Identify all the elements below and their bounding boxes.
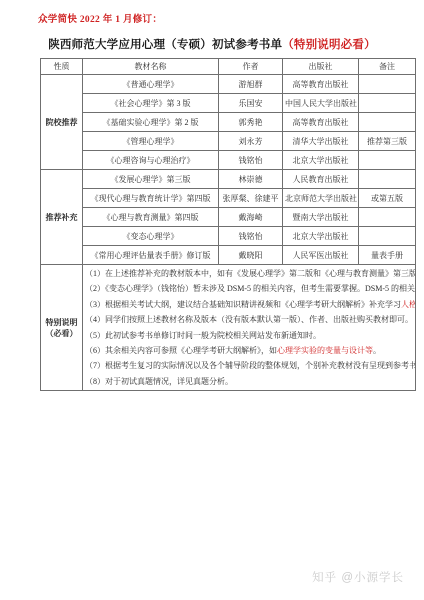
book-title-cell: 《发展心理学》第三版 (83, 170, 219, 189)
author-cell: 乐国安 (219, 94, 283, 113)
author-cell: 张厚粲、徐建平 (219, 189, 283, 208)
remark-cell: 或第五版 (359, 189, 416, 208)
author-cell: 钱铭怡 (219, 227, 283, 246)
note-paragraph-2: （2）《变态心理学》（钱铭怡）暂未涉及 DSM-5 的相关内容，但考生需要掌握。… (85, 281, 413, 296)
publisher-cell: 人民军医出版社 (283, 246, 359, 265)
table-row: 《心理咨询与心理治疗》 钱铭怡 北京大学出版社 (41, 151, 416, 170)
table-header-row: 性质 教材名称 作者 出版社 备注 (41, 59, 416, 75)
book-title-cell: 《现代心理与教育统计学》第四版 (83, 189, 219, 208)
zhihu-watermark: 知乎 @小源学长 (312, 569, 404, 585)
note-paragraph-3: （3）根据相关考试大纲，建议结合基础知识精讲视频和《心理学考研大纲解析》补充学习… (85, 297, 413, 312)
remark-cell (359, 94, 416, 113)
table-row: 《心理与教育测量》第四版 戴海崎 暨南大学出版社 (41, 208, 416, 227)
publisher-cell: 暨南大学出版社 (283, 208, 359, 227)
publisher-cell: 中国人民大学出版社 (283, 94, 359, 113)
table-row: 院校推荐 《普通心理学》 游旭群 高等教育出版社 (41, 75, 416, 94)
author-cell: 游旭群 (219, 75, 283, 94)
col-header-author: 作者 (219, 59, 283, 75)
remark-cell: 量表手册 (359, 246, 416, 265)
col-header-remark: 备注 (359, 59, 416, 75)
remark-cell (359, 113, 416, 132)
page-title-main: 陕西师范大学应用心理（专硕）初试参考书单 (48, 39, 282, 51)
table-row: 《管理心理学》 刘永芳 清华大学出版社 推荐第三版 (41, 132, 416, 151)
publisher-cell: 人民教育出版社 (283, 170, 359, 189)
section-label-college-recommended: 院校推荐 (41, 75, 83, 170)
remark-cell (359, 151, 416, 170)
publisher-cell: 北京大学出版社 (283, 151, 359, 170)
revision-note: 众学简快 2022 年 1 月修订： (38, 11, 162, 25)
note-paragraph-4: （4）同学们按照上述教材名称及版本（没有版本默认第一版）、作者、出版社购买教材即… (85, 312, 413, 327)
book-title-cell: 《管理心理学》 (83, 132, 219, 151)
remark-cell-recommend-third-edition: 推荐第三版 (359, 132, 416, 151)
table-row: 《基础实验心理学》第 2 版 郭秀艳 高等教育出版社 (41, 113, 416, 132)
document-page: 众学简快 2022 年 1 月修订： 陕西师范大学应用心理（专硕）初试参考书单（… (0, 0, 424, 600)
publisher-cell: 高等教育出版社 (283, 75, 359, 94)
page-title: 陕西师范大学应用心理（专硕）初试参考书单（特别说明必看） (0, 36, 424, 52)
table-row: 《常用心理评估量表手册》修订版 戴晓阳 人民军医出版社 量表手册 (41, 246, 416, 265)
table-row: 《社会心理学》第 3 版 乐国安 中国人民大学出版社 (41, 94, 416, 113)
author-cell: 刘永芳 (219, 132, 283, 151)
note-paragraph-7: （7）根据考生复习的实际情况以及各个辅导阶段的整体规划，个别补充教材没有呈现到参… (85, 358, 413, 373)
publisher-cell: 高等教育出版社 (283, 113, 359, 132)
remark-cell (359, 170, 416, 189)
book-title-cell: 《普通心理学》 (83, 75, 219, 94)
book-title-cell: 《心理与教育测量》第四版 (83, 208, 219, 227)
author-cell: 林崇德 (219, 170, 283, 189)
book-title-cell: 《变态心理学》 (83, 227, 219, 246)
note-paragraph-5: （5）此初试参考书单修订时间一般为院校相关网站发布新通知时。 (85, 328, 413, 343)
col-header-book-name: 教材名称 (83, 59, 219, 75)
reference-book-table: 性质 教材名称 作者 出版社 备注 院校推荐 《普通心理学》 游旭群 高等教育出… (40, 58, 416, 391)
col-header-publisher: 出版社 (283, 59, 359, 75)
book-title-cell: 《常用心理评估量表手册》修订版 (83, 246, 219, 265)
publisher-cell: 北京大学出版社 (283, 227, 359, 246)
note-paragraph-6: （6）其余相关内容可参照《心理学考研大纲解析》，如心理学实验的变量与设计等。 (85, 343, 413, 358)
special-notes-cell: （1）在上述推荐补充的教材版本中，如有《发展心理学》第二版和《心理与教育测量》第… (83, 265, 416, 391)
remark-cell (359, 208, 416, 227)
table-row: 推荐补充 《发展心理学》第三版 林崇德 人民教育出版社 (41, 170, 416, 189)
table-row: 《变态心理学》 钱铭怡 北京大学出版社 (41, 227, 416, 246)
special-notes-row: 特别说明 （必看） （1）在上述推荐补充的教材版本中，如有《发展心理学》第二版和… (41, 265, 416, 391)
section-label-special-notes: 特别说明 （必看） (41, 265, 83, 391)
note-paragraph-1: （1）在上述推荐补充的教材版本中，如有《发展心理学》第二版和《心理与教育测量》第… (85, 266, 413, 281)
publisher-cell: 北京师范大学出版社 (283, 189, 359, 208)
author-cell: 郭秀艳 (219, 113, 283, 132)
page-title-highlight: （特别说明必看） (282, 39, 376, 51)
author-cell: 戴海崎 (219, 208, 283, 227)
book-title-cell: 《心理咨询与心理治疗》 (83, 151, 219, 170)
book-title-cell: 《基础实验心理学》第 2 版 (83, 113, 219, 132)
remark-cell (359, 227, 416, 246)
author-cell: 戴晓阳 (219, 246, 283, 265)
publisher-cell: 清华大学出版社 (283, 132, 359, 151)
special-notes-label-line2: （必看） (43, 328, 80, 339)
table-row: 《现代心理与教育统计学》第四版 张厚粲、徐建平 北京师范大学出版社 或第五版 (41, 189, 416, 208)
author-cell: 钱铭怡 (219, 151, 283, 170)
book-title-cell: 《社会心理学》第 3 版 (83, 94, 219, 113)
special-notes-label-line1: 特别说明 (43, 317, 80, 328)
col-header-nature: 性质 (41, 59, 83, 75)
section-label-recommended-supplement: 推荐补充 (41, 170, 83, 265)
remark-cell (359, 75, 416, 94)
note-paragraph-8: （8）对于初试真题情况，详见真题分析。 (85, 374, 413, 389)
